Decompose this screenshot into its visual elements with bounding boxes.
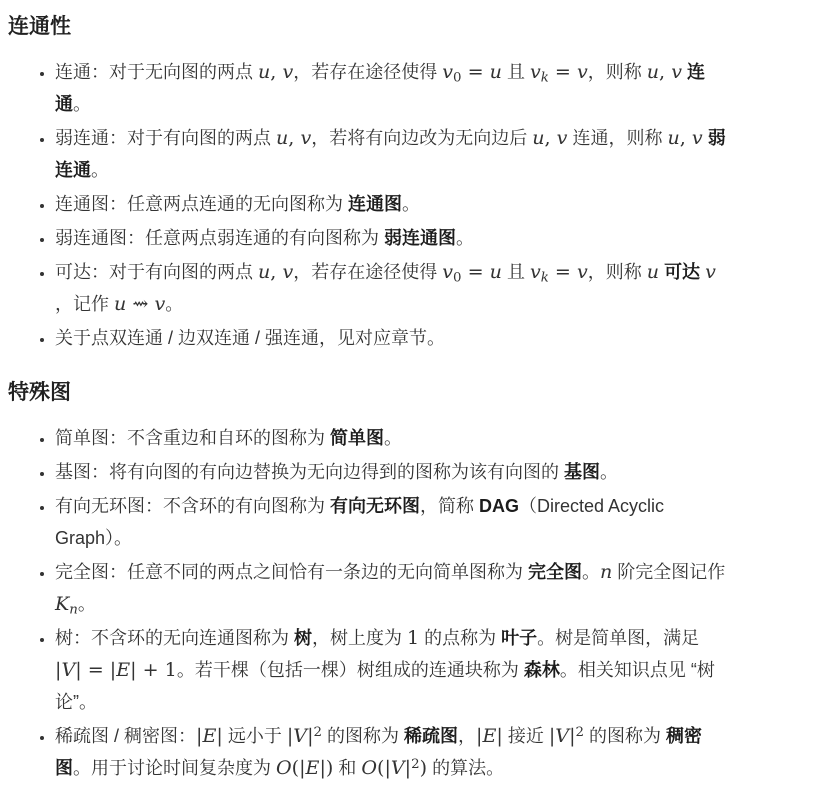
section-heading-2: 特殊图: [8, 380, 795, 406]
bold-term: 简单图: [330, 428, 384, 448]
list-item: 稀疏图 / 稠密图：|E| 远小于 |V|2 的图称为 稀疏图，|E| 接近 |…: [55, 720, 795, 784]
list-item: 关于点双连通 / 边双连通 / 强连通，见对应章节。: [55, 322, 795, 354]
inline-math: v: [705, 261, 716, 283]
inline-math: u, v: [647, 61, 682, 83]
document-content: 连通性连通：对于无向图的两点 u, v，若存在途径使得 v0 = u 且 vk …: [8, 14, 795, 784]
bold-term: 森林: [524, 660, 560, 680]
bold-term: DAG: [479, 496, 519, 516]
list-item: 可达：对于有向图的两点 u, v，若存在途径使得 v0 = u 且 vk = v…: [55, 256, 795, 320]
bold-term: 有向无环图: [330, 496, 420, 516]
list-item: 弱连通：对于有向图的两点 u, v，若将有向边改为无向边后 u, v 连通，则称…: [55, 122, 795, 186]
bold-term: 叶子: [501, 628, 537, 648]
bullet-list: 连通：对于无向图的两点 u, v，若存在途径使得 v0 = u 且 vk = v…: [8, 56, 795, 354]
list-item: 弱连通图：任意两点弱连通的有向图称为 弱连通图。: [55, 222, 795, 254]
inline-math: u ⇝ v: [114, 293, 165, 315]
bold-term: 连 通: [55, 62, 705, 114]
bold-term: 连通图: [348, 194, 402, 214]
inline-math: |V| = |E| + 1: [55, 659, 177, 681]
inline-math: 1: [407, 627, 419, 649]
inline-math: u, v: [532, 127, 567, 149]
inline-math: |E|: [476, 725, 503, 747]
bullet-list: 简单图：不含重边和自环的图称为 简单图。基图：将有向图的有向边替换为无向边得到的…: [8, 422, 795, 784]
bold-term: 树: [294, 628, 312, 648]
list-item: 完全图：任意不同的两点之间恰有一条边的无向简单图称为 完全图。n 阶完全图记作 …: [55, 556, 795, 620]
bold-term: 稀疏图: [404, 726, 458, 746]
inline-math: u, v: [258, 261, 293, 283]
inline-math: O(|E|): [276, 757, 333, 779]
inline-math: u, v: [667, 127, 702, 149]
inline-math: v0 = u: [442, 261, 502, 283]
inline-math: u, v: [276, 127, 311, 149]
inline-math: n: [600, 561, 612, 583]
list-item: 基图：将有向图的有向边替换为无向边得到的图称为该有向图的 基图。: [55, 456, 795, 488]
section-heading-1: 连通性: [8, 14, 795, 40]
list-item: 连通图：任意两点连通的无向图称为 连通图。: [55, 188, 795, 220]
inline-math: |V|2: [287, 725, 322, 747]
list-item: 有向无环图：不含环的有向图称为 有向无环图，简称 DAG（Directed Ac…: [55, 490, 795, 554]
bold-term: 完全图: [528, 562, 582, 582]
bold-term: 基图: [564, 462, 600, 482]
list-item: 简单图：不含重边和自环的图称为 简单图。: [55, 422, 795, 454]
bold-term: 可达: [664, 262, 700, 282]
inline-math: O(|V|2): [361, 757, 427, 779]
inline-math: u, v: [258, 61, 293, 83]
bold-term: 弱连通图: [384, 228, 456, 248]
list-item: 连通：对于无向图的两点 u, v，若存在途径使得 v0 = u 且 vk = v…: [55, 56, 795, 120]
bold-term: 弱 连通: [55, 128, 726, 180]
inline-math: vk = v: [530, 261, 588, 283]
inline-math: Kn: [55, 593, 78, 615]
inline-math: v0 = u: [442, 61, 502, 83]
inline-math: |V|2: [549, 725, 584, 747]
list-item: 树：不含环的无向连通图称为 树，树上度为 1 的点称为 叶子。树是简单图，满足 …: [55, 622, 795, 718]
inline-math: |E|: [196, 725, 223, 747]
inline-math: u: [647, 261, 659, 283]
inline-math: vk = v: [530, 61, 588, 83]
